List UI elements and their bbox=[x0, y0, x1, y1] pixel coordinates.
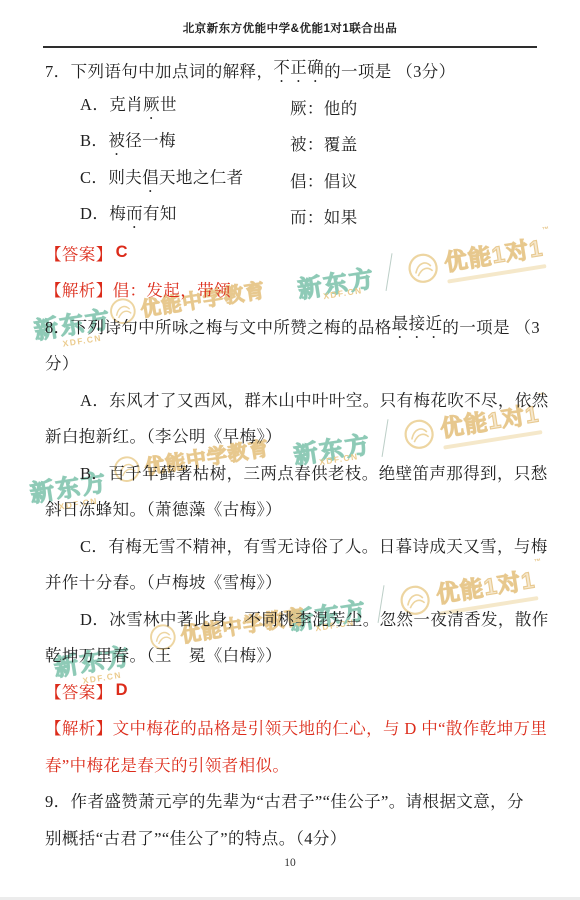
q8-option-c-line2: 并作十分春。（卢梅坡《雪梅》） bbox=[45, 563, 539, 600]
emphasized-text: 最接近 bbox=[392, 310, 443, 342]
q8-option-d-line2: 乾坤万里春。（王 冕《白梅》） bbox=[45, 636, 539, 673]
option-label: D． bbox=[80, 200, 109, 232]
stem-text: 分） bbox=[45, 350, 79, 374]
question-7-stem: 7．下列语句中加点词的解释，不正确的一项是 （3分） bbox=[45, 52, 539, 89]
option-text: 斜日冻蜂知。（萧德藻《古梅》） bbox=[45, 496, 282, 520]
q8-option-a-line2: 新白抱新红。（李公明《早梅》） bbox=[45, 417, 539, 454]
stem-text: 的一项是 （3分） bbox=[324, 58, 455, 82]
option-text: 有梅无雪不精神，有雪无诗俗了人。日暮诗成天又雪，与梅 bbox=[108, 533, 547, 557]
option-text: 百千年藓著枯树，三两点春供老枝。绝壁笛声那得到，只愁 bbox=[108, 460, 547, 484]
emphasized-text: 不正确 bbox=[273, 54, 324, 86]
analysis-label: 【解析】 bbox=[45, 715, 113, 739]
option-label: B． bbox=[80, 460, 108, 484]
emphasized-text: 而 bbox=[126, 200, 143, 232]
emphasized-text: 被 bbox=[108, 127, 125, 159]
stem-text: 下列语句中加点词的解释， bbox=[71, 58, 274, 82]
document-page: 新东方 XDF.CN 优能1对1 ™ 优能中学教育 bbox=[0, 0, 580, 900]
q8-answer: 【答案】D bbox=[45, 673, 539, 710]
question-number: 7． bbox=[45, 58, 71, 82]
q8-option-c-line1: C．有梅无雪不精神，有雪无诗俗了人。日暮诗成天又雪，与梅 bbox=[45, 527, 539, 564]
option-text: 东风才了又西风，群木山中叶叶空。只有梅花吹不尽，依然 bbox=[109, 387, 548, 411]
page-number: 10 bbox=[0, 857, 580, 869]
option-text: 并作十分春。（卢梅坡《雪梅》） bbox=[45, 569, 282, 593]
option-text: 径一梅 bbox=[125, 127, 176, 159]
question-9-line1: 9．作者盛赞萧元亭的先辈为“古君子”“佳公子”。请根据文意，分 bbox=[45, 782, 539, 819]
option-label: A． bbox=[80, 387, 109, 411]
option-text: 世 bbox=[160, 91, 177, 123]
option-text: 有知 bbox=[143, 200, 177, 232]
page-header-title: 北京新东方优能中学&优能1对1联合出品 bbox=[0, 20, 580, 36]
answer-value: C bbox=[113, 243, 128, 262]
option-text: 克肖 bbox=[109, 91, 143, 123]
option-label: C． bbox=[80, 164, 108, 196]
header-divider bbox=[43, 46, 537, 48]
q8-option-d-line1: D．冰雪林中著此身，不同桃李混芳尘。忽然一夜清香发，散作 bbox=[45, 600, 539, 637]
option-text: 乾坤万里春。（王 冕《白梅》） bbox=[45, 642, 282, 666]
option-gloss: 被：覆盖 bbox=[290, 131, 358, 155]
analysis-label: 【解析】 bbox=[45, 277, 113, 301]
q7-answer: 【答案】C bbox=[45, 235, 539, 272]
option-text: 天地之仁者 bbox=[159, 164, 244, 196]
q7-option-d: D．梅而有知而：如果 bbox=[45, 198, 539, 235]
q8-option-a-line1: A．东风才了又西风，群木山中叶叶空。只有梅花吹不尽，依然 bbox=[45, 381, 539, 418]
q8-analysis-line1: 【解析】文中梅花的品格是引领天地的仁心，与 D 中“散作乾坤万里 bbox=[45, 709, 539, 746]
answer-label: 【答案】 bbox=[45, 679, 113, 703]
question-number: 8． bbox=[45, 314, 71, 338]
q7-option-b: B．被径一梅被：覆盖 bbox=[45, 125, 539, 162]
q7-option-a: A．克肖厥世厥：他的 bbox=[45, 89, 539, 126]
option-text: 则夫 bbox=[108, 164, 142, 196]
option-gloss: 而：如果 bbox=[290, 204, 358, 228]
option-text: 冰雪林中著此身，不同桃李混芳尘。忽然一夜清香发，散作 bbox=[109, 606, 548, 630]
answer-label: 【答案】 bbox=[45, 241, 113, 265]
option-gloss: 厥：他的 bbox=[290, 95, 358, 119]
option-label: B． bbox=[80, 127, 108, 159]
option-label: A． bbox=[80, 91, 109, 123]
q7-analysis: 【解析】倡：发起，带领 bbox=[45, 271, 539, 308]
emphasized-text: 倡 bbox=[142, 164, 159, 196]
question-8-stem-line2: 分） bbox=[45, 344, 539, 381]
option-text: 新白抱新红。（李公明《早梅》） bbox=[45, 423, 282, 447]
analysis-text: 倡：发起，带领 bbox=[113, 277, 231, 301]
document-content: 7．下列语句中加点词的解释，不正确的一项是 （3分） A．克肖厥世厥：他的 B．… bbox=[45, 52, 539, 855]
q8-analysis-line2: 春”中梅花是春天的引领者相似。 bbox=[45, 746, 539, 783]
option-label: C． bbox=[80, 533, 108, 557]
answer-value: D bbox=[113, 681, 128, 700]
analysis-text: 春”中梅花是春天的引领者相似。 bbox=[45, 752, 289, 776]
q7-option-c: C．则夫倡天地之仁者倡：倡议 bbox=[45, 162, 539, 199]
option-text: 梅 bbox=[109, 200, 126, 232]
q8-option-b-line1: B．百千年藓著枯树，三两点春供老枝。绝壁笛声那得到，只愁 bbox=[45, 454, 539, 491]
option-gloss: 倡：倡议 bbox=[290, 168, 358, 192]
tm-mark: ™ bbox=[542, 226, 550, 234]
option-label: D． bbox=[80, 606, 109, 630]
emphasized-text: 厥 bbox=[143, 91, 160, 123]
analysis-text: 文中梅花的品格是引领天地的仁心，与 D 中“散作乾坤万里 bbox=[113, 715, 548, 739]
stem-text: 下列诗句中所咏之梅与文中所赞之梅的品格 bbox=[71, 314, 392, 338]
stem-text: 的一项是 （3 bbox=[442, 314, 540, 338]
q8-option-b-line2: 斜日冻蜂知。（萧德藻《古梅》） bbox=[45, 490, 539, 527]
question-9-line2: 别概括“古君了”“佳公了”的特点。（4分） bbox=[45, 819, 539, 856]
question-8-stem: 8．下列诗句中所咏之梅与文中所赞之梅的品格最接近的一项是 （3 bbox=[45, 308, 539, 345]
